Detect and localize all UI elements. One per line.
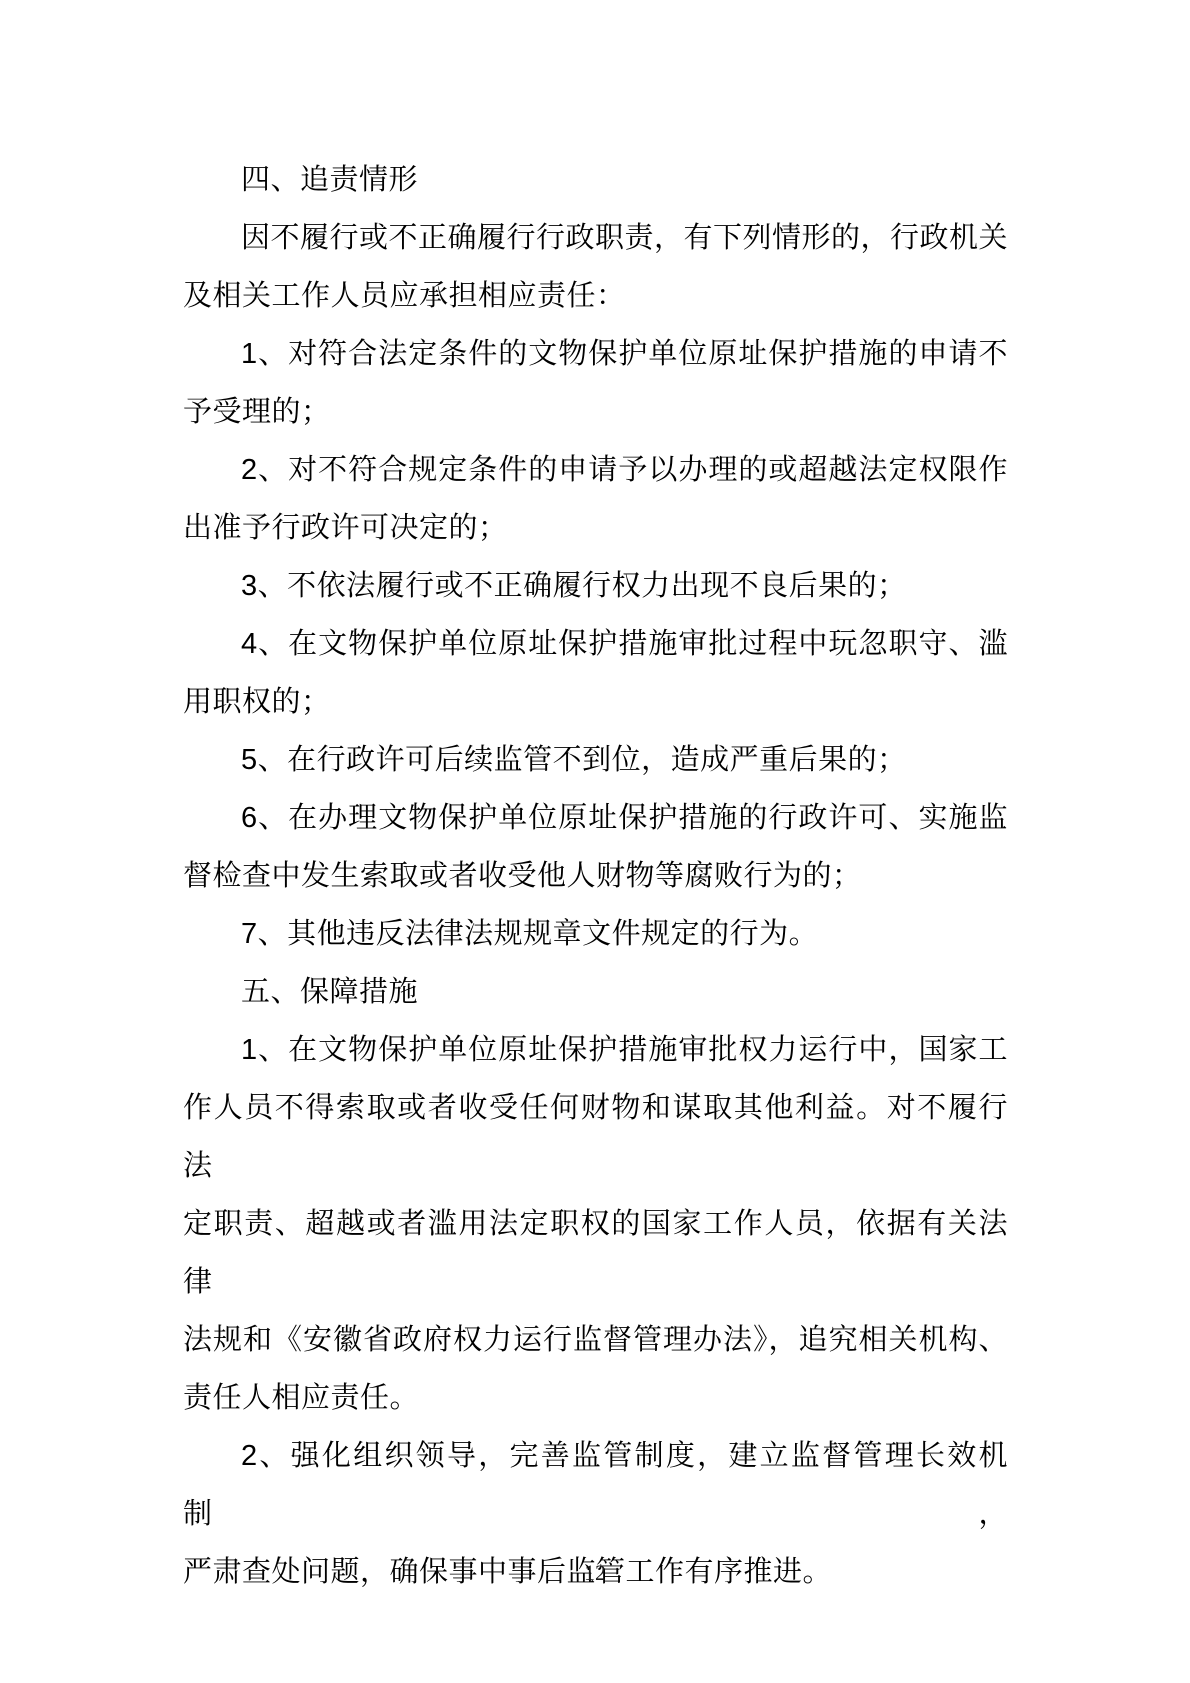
text-line: 四、追责情形 <box>183 151 1008 209</box>
text-line: 7、其他违反法律法规规章文件规定的行为。 <box>183 905 1008 963</box>
page-footer: 12 <box>0 1558 1190 1588</box>
text-line: 4、在文物保护单位原址保护措施审批过程中玩忽职守、滥 <box>183 615 1008 673</box>
text-line: 因不履行或不正确履行行政职责，有下列情形的，行政机关 <box>183 209 1008 267</box>
text-line: 定职责、超越或者滥用法定职权的国家工作人员，依据有关法律 <box>183 1195 1008 1311</box>
text-line: 五、保障措施 <box>183 963 1008 1021</box>
text-line: 督检查中发生索取或者收受他人财物等腐败行为的； <box>183 847 1008 905</box>
page-number: 12 <box>584 1558 606 1588</box>
text-line: 用职权的； <box>183 673 1008 731</box>
text-line: 及相关工作人员应承担相应责任： <box>183 267 1008 325</box>
document-page: 四、追责情形因不履行或不正确履行行政职责，有下列情形的，行政机关及相关工作人员应… <box>0 0 1190 1683</box>
text-line: 1、对符合法定条件的文物保护单位原址保护措施的申请不 <box>183 325 1008 383</box>
text-line: 予受理的； <box>183 383 1008 441</box>
document-body: 四、追责情形因不履行或不正确履行行政职责，有下列情形的，行政机关及相关工作人员应… <box>183 151 1008 1601</box>
text-line: 1、在文物保护单位原址保护措施审批权力运行中，国家工 <box>183 1021 1008 1079</box>
text-line: 2、对不符合规定条件的申请予以办理的或超越法定权限作 <box>183 441 1008 499</box>
text-line: 作人员不得索取或者收受任何财物和谋取其他利益。对不履行法 <box>183 1079 1008 1195</box>
text-line: 2、强化组织领导，完善监管制度，建立监督管理长效机制， <box>183 1427 1008 1543</box>
text-line: 出准予行政许可决定的； <box>183 499 1008 557</box>
text-line: 法规和《安徽省政府权力运行监督管理办法》，追究相关机构、 <box>183 1311 1008 1369</box>
text-line: 5、在行政许可后续监管不到位，造成严重后果的； <box>183 731 1008 789</box>
text-line: 责任人相应责任。 <box>183 1369 1008 1427</box>
text-line: 6、在办理文物保护单位原址保护措施的行政许可、实施监 <box>183 789 1008 847</box>
text-line: 3、不依法履行或不正确履行权力出现不良后果的； <box>183 557 1008 615</box>
